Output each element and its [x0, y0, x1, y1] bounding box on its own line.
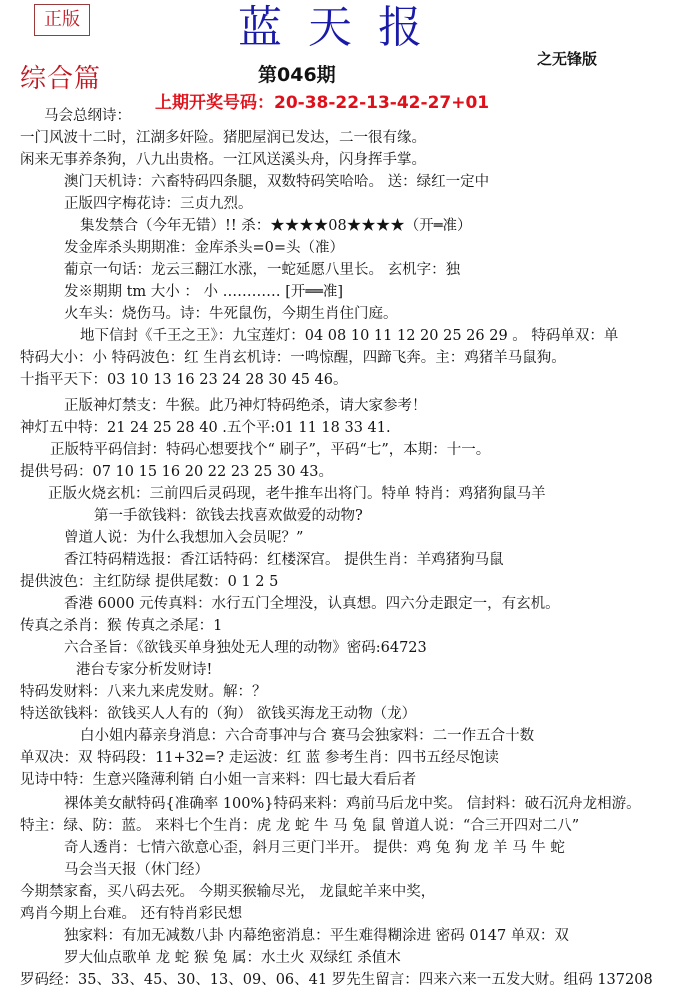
text-line: 正版特平码信封：特码心想要找个“ 刷子”，平码“七”，本期：十一。: [50, 440, 490, 460]
text-line: 闲来无事养条狗，八九出贵格。一江风送溪头舟，闪身挥手掌。: [20, 150, 426, 170]
text-line: 独家料：有加无减数八卦 内幕绝密消息：平生难得糊涂进 密码 0147 单双：双: [64, 926, 569, 946]
text-line: 单双决：双 特码段：11+32=? 走运波：红 蓝 参考生肖：四书五经尽饱读: [20, 748, 499, 768]
text-line: 第一手欲钱料：欲钱去找喜欢做爱的动物?: [94, 506, 363, 526]
edition-badge: 正版: [34, 4, 90, 36]
text-line: 罗码经：35、33、45、30、13、09、06、41 罗先生留言：四来六来一五…: [20, 970, 653, 990]
text-line: 特码大小：小 特码波色：红 生肖玄机诗：一鸣惊醒，四蹄飞奔。主：鸡猪羊马鼠狗。: [20, 348, 566, 368]
text-line: 白小姐内幕亲身消息：六合奇事冲与合 赛马会独家料：二一作五合十数: [80, 726, 534, 746]
text-line: 发※期期 tm 大小 ： 小 ………… [开══准]: [64, 282, 343, 302]
text-line: 马会总纲诗：: [44, 106, 131, 126]
text-line: 奇人透肖：七情六欲意心歪，斜月三更门半开。 提供：鸡 兔 狗 龙 羊 马 牛 蛇: [64, 838, 565, 858]
edition-tag: 之无锋版: [537, 48, 597, 69]
text-line: 提供波色：主红防绿 提供尾数：0 1 2 5: [20, 572, 278, 592]
text-line: 地下信封《千王之王》：九宝莲灯：04 08 10 11 12 20 25 26 …: [80, 326, 618, 346]
text-line: 鸡肖今期上台难。 还有特肖彩民想: [20, 904, 242, 924]
text-line: 曾道人说：为什么我想加入会员呢？”: [64, 528, 303, 548]
text-line: 马会当天报（休门经）: [64, 860, 209, 880]
text-line: 香江特码精选报：香江话特码：红楼深宫。 提供生肖：羊鸡猪狗马鼠: [64, 550, 504, 570]
text-line: 正版四字梅花诗：三贞九烈。: [64, 194, 253, 214]
text-line: 今期禁家畜，买八码去死。 今期买猴输尽光， 龙鼠蛇羊来中奖，: [20, 882, 435, 902]
text-line: 特主：绿、防：蓝。 来料七个生肖：虎 龙 蛇 牛 马 兔 鼠 曾道人说：“合三开…: [20, 816, 579, 836]
text-line: 特送欲钱料：欲钱买人人有的（狗） 欲钱买海龙王动物（龙）: [20, 704, 416, 724]
text-line: 澳门天机诗：六畜特码四条腿，双数特码笑哈哈。 送：绿红一定中: [64, 172, 489, 192]
text-line: 集发禁合（今年无错）!! 杀：★★★★08★★★★（开═准）: [80, 216, 471, 236]
text-line: 葡京一句话：龙云三翻江水涨，一蛇延愿八里长。 玄机字：独: [64, 260, 460, 280]
issue-number: 第046期: [258, 60, 336, 87]
text-line: 裸体美女献特码{准确率 100%}特码来料：鸡前马后龙中奖。 信封料：破石沉舟龙…: [64, 794, 641, 814]
text-line: 港台专家分析发财诗!: [76, 660, 212, 680]
masthead-title: 蓝天报: [238, 2, 448, 54]
text-line: 十指平天下：03 10 13 16 23 24 28 30 45 46。: [20, 370, 348, 390]
text-line: 神灯五中特：21 24 25 28 40 .五个平:01 11 18 33 41…: [20, 418, 391, 438]
text-line: 六合圣旨：《欲钱买单身独处无人理的动物》密码:64723: [64, 638, 427, 658]
text-line: 一门风波十二时，江湖多奸险。猪肥屋润已发达，二一很有缘。: [20, 128, 426, 148]
section-title: 综合篇: [20, 58, 101, 95]
text-line: 罗大仙点歌单 龙 蛇 猴 兔 属：水土火 双绿红 杀值木: [64, 948, 401, 968]
last-draw: 上期开奖号码：20-38-22-13-42-27+01: [155, 88, 489, 113]
text-line: 见诗中特：生意兴隆薄利销 白小姐一言来料：四七最大看后者: [20, 770, 416, 790]
text-line: 发金库杀头期期准：金库杀头=0=头（准）: [64, 238, 344, 258]
text-line: 正版火烧玄机：三前四后灵码现，老牛推车出将门。特单 特肖：鸡猪狗鼠马羊: [48, 484, 546, 504]
text-line: 提供号码：07 10 15 16 20 22 23 25 30 43。: [20, 462, 333, 482]
text-line: 香港 6000 元传真料：水行五门全埋没，认真想。四六分走跟定一，有玄机。: [64, 594, 560, 614]
last-draw-label: 上期开奖号码：: [155, 93, 274, 113]
text-line: 特码发财料：八来九来虎发财。解：？: [20, 682, 267, 702]
text-line: 传真之杀肖：猴 传真之杀尾：1: [20, 616, 222, 636]
last-draw-numbers: 20-38-22-13-42-27+01: [274, 93, 489, 113]
text-line: 正版神灯禁支：牛猴。此乃神灯特码绝杀，请大家参考！: [64, 396, 427, 416]
text-line: 火车头：烧伤马。诗：牛死鼠伤，今期生肖住门庭。: [64, 304, 398, 324]
